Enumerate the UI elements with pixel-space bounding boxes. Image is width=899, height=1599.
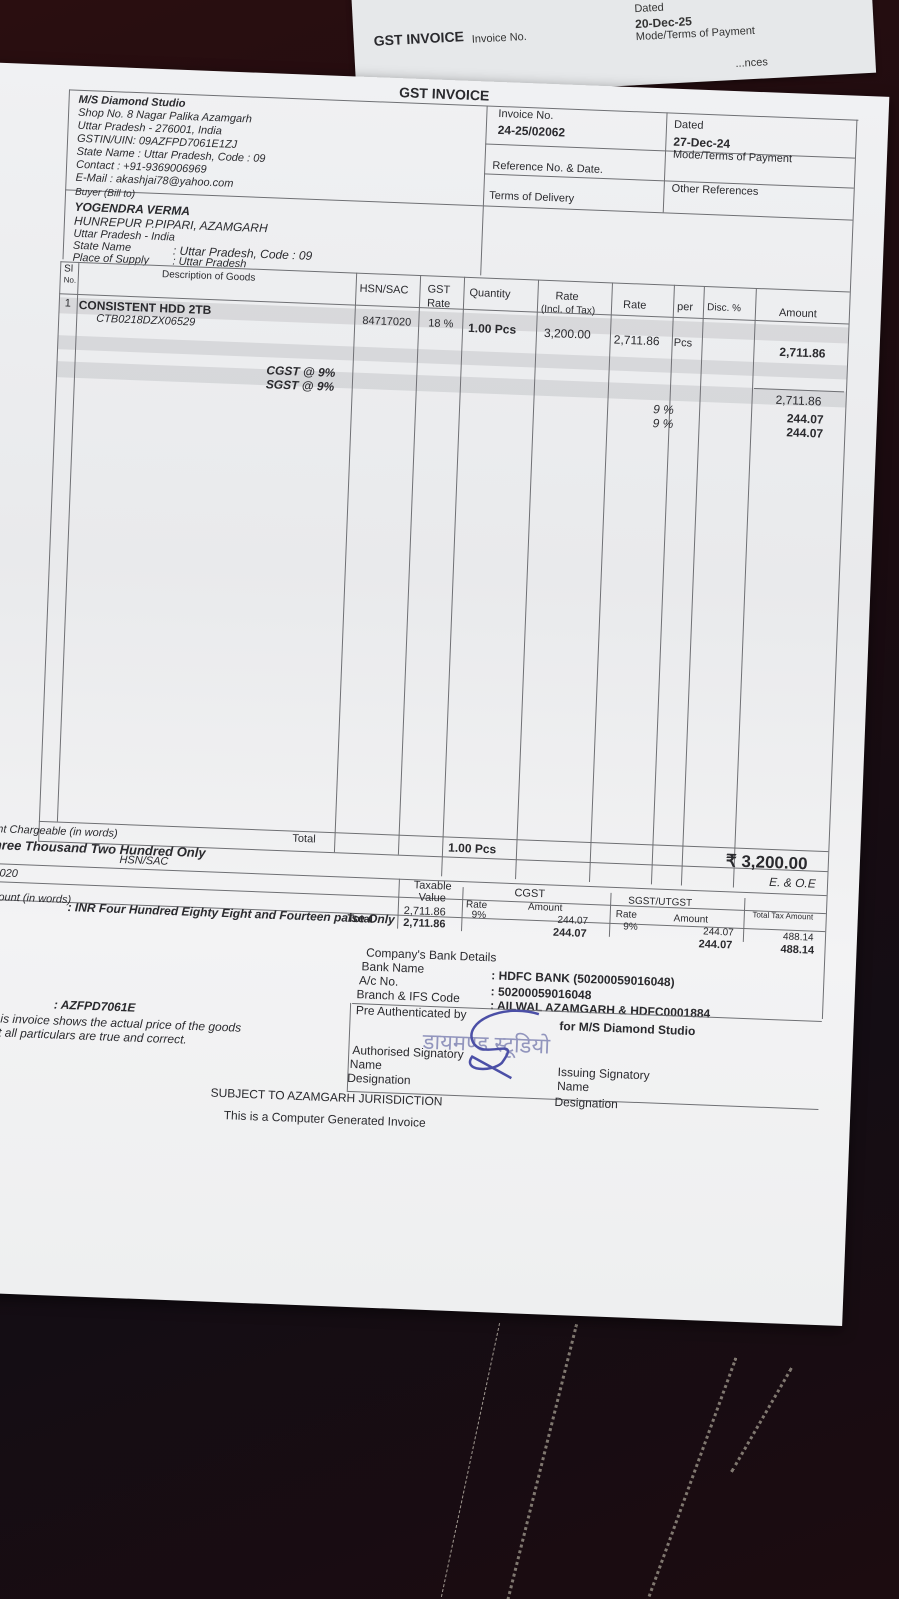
back-dated-label: Dated bbox=[634, 2, 664, 16]
item-rate: 2,711.86 bbox=[614, 333, 660, 349]
sgst-amount-header: Amount bbox=[673, 913, 708, 925]
cgst-amount: 244.07 bbox=[787, 411, 824, 426]
signature-icon bbox=[441, 1001, 564, 1086]
tax-row-sgst-amount: 244.07 bbox=[703, 926, 734, 938]
header-amount: Amount bbox=[779, 307, 817, 320]
invoice-no: 24-25/02062 bbox=[498, 123, 566, 140]
tax-total-amount: 488.14 bbox=[780, 943, 814, 956]
for-company: for M/S Diamond Studio bbox=[559, 1019, 695, 1038]
header-rate-incl: Rate bbox=[555, 290, 579, 303]
pan-value: : AZFPD7061E bbox=[54, 998, 136, 1015]
tax-row-sgst-rate: 9% bbox=[623, 921, 638, 933]
sgst-amount: 244.07 bbox=[786, 425, 823, 440]
header-sl: Sl bbox=[64, 263, 73, 274]
ac-no-label: A/c No. bbox=[359, 973, 399, 989]
item-quantity: 1.00 Pcs bbox=[468, 321, 517, 337]
invoice-sheet: GST INVOICE M/S Diamond Studio Shop No. … bbox=[0, 62, 889, 1326]
auth-name-label: Name bbox=[350, 1057, 383, 1072]
amount-words: INR Three Thousand Two Hundred Only bbox=[0, 836, 206, 860]
sgst-rate-header: Rate bbox=[616, 909, 638, 921]
header-rate-incl-sub: (Incl. of Tax) bbox=[541, 304, 596, 317]
cgst-header: CGST bbox=[514, 887, 545, 900]
item-gst-rate: 18 % bbox=[428, 317, 454, 330]
header-per: per bbox=[677, 301, 693, 314]
sgst-label: SGST @ 9% bbox=[266, 377, 335, 394]
fabric-stitch bbox=[646, 1357, 738, 1599]
tax-row-total: 488.14 bbox=[783, 931, 814, 943]
tax-words-label: Tax Amount (in words) bbox=[0, 890, 71, 906]
tax-total-taxable: 2,711.86 bbox=[403, 917, 446, 931]
item-serial: CTB0218DZX06529 bbox=[96, 313, 195, 329]
header-hsn: HSN/SAC bbox=[359, 283, 408, 297]
subtotal: 2,711.86 bbox=[775, 393, 821, 409]
tax-total-cgst: 244.07 bbox=[553, 927, 587, 940]
auth-designation-label: Designation bbox=[347, 1071, 411, 1087]
cgst-rate: 9 % bbox=[653, 402, 674, 417]
invoice-no-label: Invoice No. bbox=[498, 108, 553, 122]
issuing-name-label: Name bbox=[557, 1079, 590, 1094]
header-rate: Rate bbox=[623, 299, 647, 312]
terms-delivery-label: Terms of Delivery bbox=[489, 190, 574, 205]
header-disc: Disc. % bbox=[707, 302, 741, 314]
computer-generated-note: This is a Computer Generated Invoice bbox=[223, 1108, 425, 1130]
back-invoice-title: GST INVOICE bbox=[373, 28, 464, 49]
tax-total-sgst: 244.07 bbox=[698, 938, 732, 951]
invoice-title: GST INVOICE bbox=[399, 84, 490, 103]
header-gst: GST bbox=[427, 283, 450, 296]
back-invoice-no-label: Invoice No. bbox=[472, 31, 528, 46]
cgst-amount-header: Amount bbox=[528, 902, 563, 914]
tax-words: : INR Four Hundred Eighty Eight and Four… bbox=[67, 900, 395, 927]
fabric-stitch bbox=[730, 1367, 793, 1472]
item-amount: 2,711.86 bbox=[779, 345, 826, 361]
header-quantity: Quantity bbox=[469, 287, 510, 301]
item-per: Pcs bbox=[674, 337, 693, 350]
tax-hsn-label: HSN/SAC bbox=[119, 854, 168, 868]
total-label: Total bbox=[292, 833, 316, 846]
grand-total: ₹ 3,200.00 bbox=[725, 851, 807, 874]
total-quantity: 1.00 Pcs bbox=[448, 841, 497, 857]
mode-terms-label: Mode/Terms of Payment bbox=[673, 149, 793, 166]
item-rate-incl: 3,200.00 bbox=[544, 326, 591, 342]
other-references-label: Other References bbox=[671, 183, 758, 198]
header-description: Description of Goods bbox=[162, 269, 256, 284]
buyer-label: Buyer (Bill to) bbox=[75, 187, 135, 200]
sgst-header: SGST/UTGST bbox=[628, 896, 692, 909]
eoe: E. & O.E bbox=[769, 875, 816, 891]
fabric-stitch bbox=[441, 1323, 500, 1597]
issuing-designation-label: Designation bbox=[554, 1095, 618, 1111]
taxable-label: Taxable Value bbox=[402, 879, 463, 905]
tax-row-cgst-amount: 244.07 bbox=[557, 915, 588, 927]
item-sl: 1 bbox=[65, 297, 72, 309]
tax-hsn-value: 84717020 bbox=[0, 866, 18, 880]
fabric-stitch bbox=[505, 1324, 578, 1599]
item-hsn: 84717020 bbox=[362, 315, 411, 329]
header-no: No. bbox=[64, 275, 77, 284]
header-gst-rate: Rate bbox=[427, 297, 451, 310]
sgst-rate: 9 % bbox=[652, 416, 673, 431]
back-other-refs: ...nces bbox=[735, 56, 768, 70]
jurisdiction: SUBJECT TO AZAMGARH JURISDICTION bbox=[210, 1086, 442, 1109]
dated-label: Dated bbox=[674, 119, 704, 132]
tax-row-cgst-rate: 9% bbox=[471, 910, 486, 922]
total-tax-header: Total Tax Amount bbox=[748, 910, 818, 922]
